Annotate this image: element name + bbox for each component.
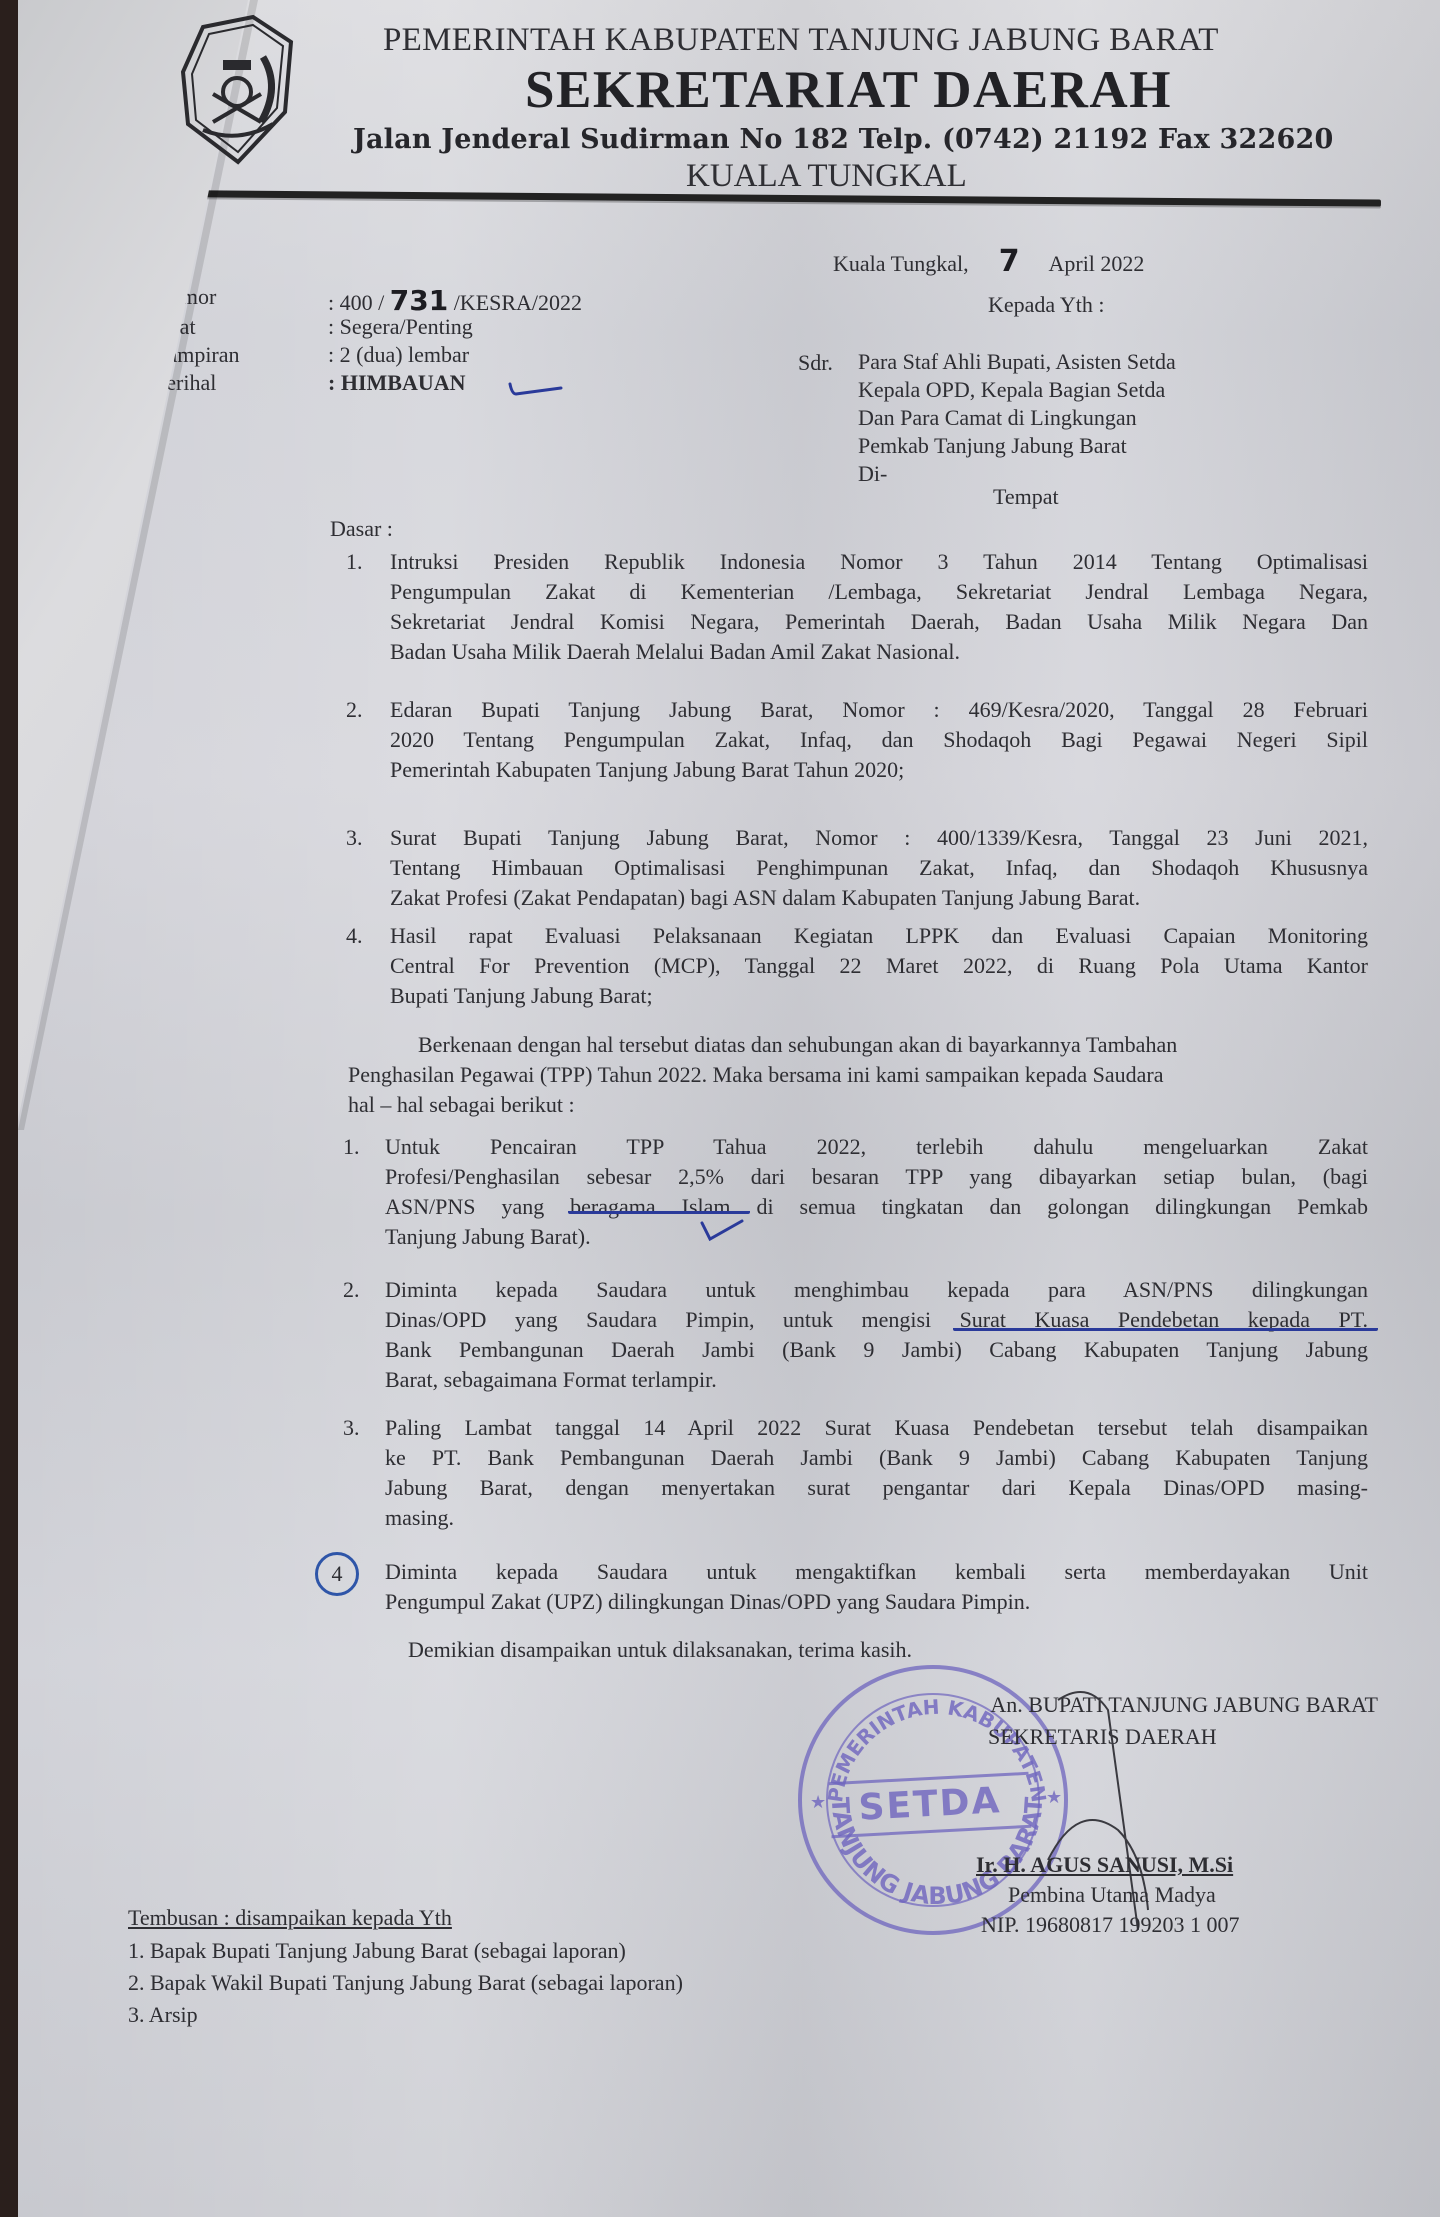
- recipient-line: Dan Para Camat di Lingkungan: [858, 404, 1176, 432]
- point-line: Profesi/Penghasilan sebesar 2,5% dari be…: [385, 1162, 1368, 1192]
- point-line: Bank Pembangunan Daerah Jambi (Bank 9 Ja…: [385, 1335, 1368, 1365]
- dasar-line: Surat Bupati Tanjung Jabung Barat, Nomor…: [390, 823, 1368, 853]
- recipient-place: Tempat: [993, 482, 1059, 512]
- point-line: Tanjung Jabung Barat).: [385, 1222, 1368, 1252]
- recipient-greeting: Kepada Yth :: [988, 290, 1104, 320]
- date-month-year: April 2022: [1048, 251, 1144, 276]
- recipient-line: Para Staf Ahli Bupati, Asisten Setda: [858, 348, 1176, 376]
- recipient-prefix: Sdr.: [798, 348, 833, 378]
- pen-check-icon: [698, 1215, 748, 1245]
- signatory-name: Ir. H. AGUS SANUSI, M.Si: [976, 1850, 1233, 1880]
- point-line: Diminta kepada Saudara untuk mengaktifka…: [385, 1557, 1368, 1587]
- pen-circle-point-4: 4: [315, 1552, 359, 1596]
- dasar-line: Edaran Bupati Tanjung Jabung Barat, Nomo…: [390, 695, 1368, 725]
- dasar-line: 2020 Tentang Pengumpulan Zakat, Infaq, d…: [390, 725, 1368, 755]
- point-line: Barat, sebagaimana Format terlampir.: [385, 1365, 1368, 1395]
- dasar-line: Badan Usaha Milik Daerah Melalui Badan A…: [390, 637, 1368, 667]
- date-day-handwritten: 7: [974, 242, 1044, 283]
- dasar-line: Bupati Tanjung Jabung Barat;: [390, 981, 1368, 1011]
- meta-value-lampiran: : 2 (dua) lembar: [328, 340, 469, 370]
- pen-underline-beragama-islam: [568, 1207, 750, 1214]
- letter-page: PEMERINTAH KABUPATEN TANJUNG JABUNG BARA…: [18, 0, 1440, 2217]
- point-number: 2.: [343, 1275, 360, 1305]
- intro-line: Berkenaan dengan hal tersebut diatas dan…: [348, 1030, 1358, 1060]
- cc-list: 1. Bapak Bupati Tanjung Jabung Barat (se…: [128, 1935, 683, 2031]
- recipient-line: Pemkab Tanjung Jabung Barat: [858, 432, 1176, 460]
- letterhead-office: SEKRETARIAT DAERAH: [525, 60, 1172, 120]
- dasar-number: 3.: [346, 823, 363, 853]
- letterhead-city: KUALA TUNGKAL: [686, 158, 967, 195]
- point-line: masing.: [385, 1503, 1368, 1533]
- regency-coat-of-arms-icon: [173, 12, 303, 167]
- dasar-number: 2.: [346, 695, 363, 725]
- dasar-number: 4.: [346, 921, 363, 951]
- dasar-line: Pemerintah Kabupaten Tanjung Jabung Bara…: [390, 755, 1368, 785]
- dasar-number: 1.: [346, 547, 363, 577]
- point-number: 1.: [343, 1132, 360, 1162]
- dasar-line: Intruksi Presiden Republik Indonesia Nom…: [390, 547, 1368, 577]
- point-line: Paling Lambat tanggal 14 April 2022 Sura…: [385, 1413, 1368, 1443]
- dasar-line: Sekretariat Jendral Komisi Negara, Pemer…: [390, 607, 1368, 637]
- letterhead-address: Jalan Jenderal Sudirman No 182 Telp. (07…: [353, 124, 1333, 155]
- stamp-star-icon: ★: [810, 1792, 826, 1813]
- cc-item: 2. Bapak Wakil Bupati Tanjung Jabung Bar…: [128, 1967, 683, 1999]
- signatory-rank: Pembina Utama Madya: [1008, 1880, 1216, 1910]
- date-place: Kuala Tungkal,: [833, 251, 969, 276]
- pen-underline-surat-kuasa: [953, 1324, 1378, 1331]
- dasar-line: Tentang Himbauan Optimalisasi Penghimpun…: [390, 853, 1368, 883]
- meta-value-sifat: : Segera/Penting: [328, 312, 473, 342]
- point-line: ASN/PNS yang beragama Islam di semua tin…: [385, 1192, 1368, 1222]
- point-line: ke PT. Bank Pembangunan Daerah Jambi (Ba…: [385, 1443, 1368, 1473]
- point-line: Pengumpul Zakat (UPZ) dilingkungan Dinas…: [385, 1587, 1368, 1617]
- dasar-line: Central For Prevention (MCP), Tanggal 22…: [390, 951, 1368, 981]
- signatory-nip: NIP. 19680817 199203 1 007: [981, 1910, 1240, 1940]
- folded-corner: [18, 0, 348, 1120]
- intro-line: hal – hal sebagai berikut :: [348, 1090, 1358, 1120]
- cc-item: 1. Bapak Bupati Tanjung Jabung Barat (se…: [128, 1935, 683, 1967]
- dasar-heading: Dasar :: [330, 514, 393, 544]
- pen-checkmark-icon: [506, 380, 566, 400]
- point-line: Jabung Barat, dengan menyertakan surat p…: [385, 1473, 1368, 1503]
- recipient-lines: Para Staf Ahli Bupati, Asisten Setda Kep…: [858, 348, 1176, 488]
- stamp-center-label: SETDA: [829, 1772, 1032, 1838]
- closing-sentence: Demikian disampaikan untuk dilaksanakan,…: [408, 1635, 912, 1665]
- intro-paragraph: Berkenaan dengan hal tersebut diatas dan…: [348, 1030, 1358, 1120]
- dasar-line: Hasil rapat Evaluasi Pelaksanaan Kegiata…: [390, 921, 1368, 951]
- point-line: Diminta kepada Saudara untuk menghimbau …: [385, 1275, 1368, 1305]
- meta-value-perihal: : HIMBAUAN: [328, 368, 466, 398]
- dasar-line: Pengumpulan Zakat di Kementerian /Lembag…: [390, 577, 1368, 607]
- letterhead-government: PEMERINTAH KABUPATEN TANJUNG JABUNG BARA…: [383, 22, 1219, 59]
- recipient-line: Kepala OPD, Kepala Bagian Setda: [858, 376, 1176, 404]
- intro-line: Penghasilan Pegawai (TPP) Tahun 2022. Ma…: [348, 1060, 1358, 1090]
- cc-item: 3. Arsip: [128, 1999, 683, 2031]
- point-number: 3.: [343, 1413, 360, 1443]
- dasar-line: Zakat Profesi (Zakat Pendapatan) bagi AS…: [390, 883, 1368, 913]
- letter-date: Kuala Tungkal, 7 April 2022: [833, 242, 1144, 283]
- cc-heading: Tembusan : disampaikan kepada Yth: [128, 1903, 452, 1933]
- point-line: Untuk Pencairan TPP Tahua 2022, terlebih…: [385, 1132, 1368, 1162]
